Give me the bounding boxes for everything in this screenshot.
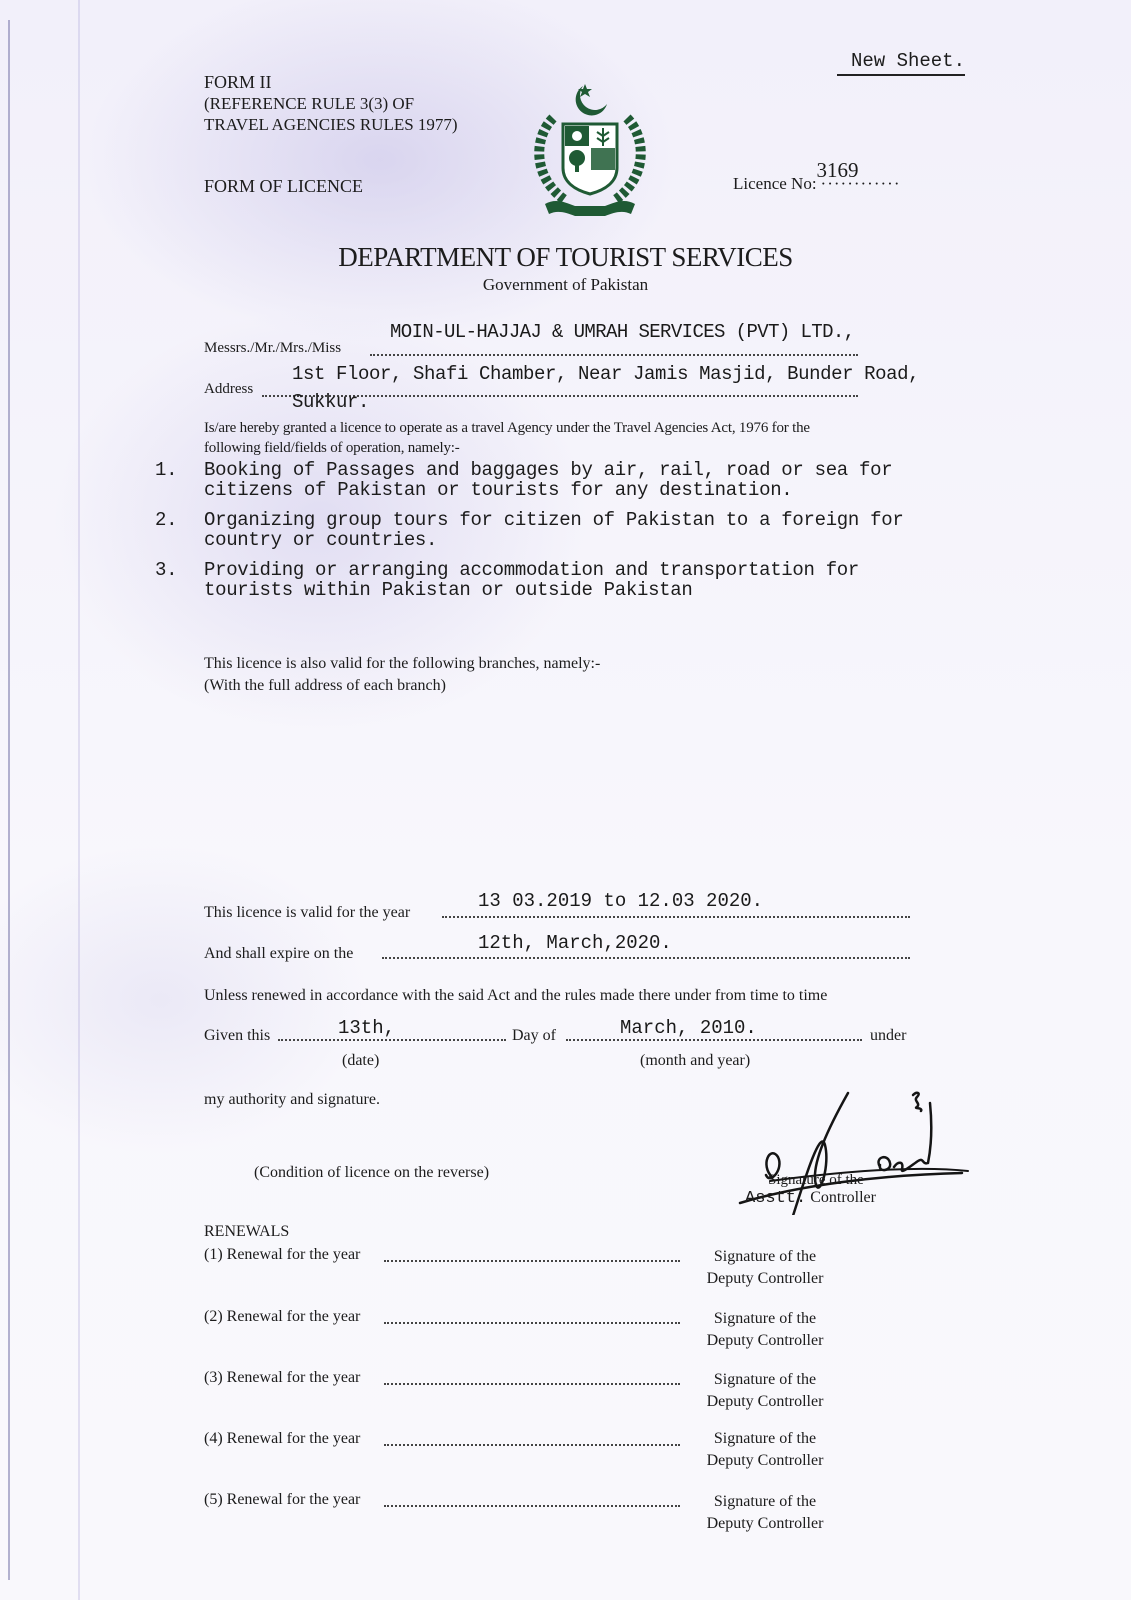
operation-number: 3.	[150, 560, 204, 600]
renewal-row: (5) Renewal for the year	[204, 1491, 360, 1509]
licence-number-label: Licence No:	[733, 174, 817, 193]
department-title: DEPARTMENT OF TOURIST SERVICES	[0, 242, 1131, 273]
branches-statement: This licence is also valid for the follo…	[204, 653, 600, 697]
validity-value: 13 03.2019 to 12.03 2020.	[478, 890, 763, 912]
operation-item: 1. Booking of Passages and baggages by a…	[150, 460, 910, 500]
expiry-label: And shall expire on the	[204, 945, 353, 963]
renewal-sig-line2: Deputy Controller	[697, 1391, 833, 1413]
form-reference-line1: (REFERENCE RULE 3(3) OF	[204, 93, 458, 114]
operation-item: 2. Organizing group tours for citizen of…	[150, 510, 910, 550]
under-label: under	[870, 1027, 906, 1045]
department-subtitle: Government of Pakistan	[0, 275, 1131, 295]
renewal-sig-line2: Deputy Controller	[697, 1268, 833, 1290]
new-sheet-stamp: New Sheet.	[837, 50, 965, 76]
operation-item: 3. Providing or arranging accommodation …	[150, 560, 910, 600]
operation-number: 1.	[150, 460, 204, 500]
day-of-label: Day of	[512, 1027, 556, 1045]
given-date-value: 13th,	[338, 1017, 395, 1039]
renewal-signature-caption: Signature of theDeputy Controller	[697, 1491, 833, 1535]
address-line2: Sukkur.	[292, 391, 369, 413]
renewal-label: (1) Renewal for the year	[204, 1246, 360, 1263]
condition-note: (Condition of licence on the reverse)	[254, 1164, 489, 1182]
licence-number-field: Licence No:3169············	[733, 170, 900, 195]
licensee-name-value: MOIN-UL-HAJJAJ & UMRAH SERVICES (PVT) LT…	[390, 321, 854, 343]
form-reference-block: FORM II (REFERENCE RULE 3(3) OF TRAVEL A…	[204, 72, 458, 135]
operations-list: 1. Booking of Passages and baggages by a…	[150, 460, 910, 610]
expiry-dotted-line	[382, 957, 910, 959]
scan-fold-line	[78, 0, 80, 1600]
given-month-year-value: March, 2010.	[620, 1017, 757, 1039]
licensee-name-dotted-line	[370, 354, 858, 356]
renewal-dotted-line	[384, 1505, 680, 1507]
renewal-row: (3) Renewal for the year	[204, 1369, 360, 1387]
operation-number: 2.	[150, 510, 204, 550]
operation-text: Booking of Passages and baggages by air,…	[204, 460, 910, 500]
renewal-label: (3) Renewal for the year	[204, 1369, 360, 1386]
form-number: FORM II	[204, 72, 458, 93]
licence-number-value: 3169	[817, 158, 859, 182]
authority-text: my authority and signature.	[204, 1091, 380, 1109]
signatory-title: Controller	[810, 1189, 876, 1206]
renewal-row: (1) Renewal for the year	[204, 1246, 360, 1264]
renewals-title: RENEWALS	[204, 1223, 289, 1241]
validity-dotted-line	[442, 916, 910, 918]
given-date-dotted-line	[278, 1039, 506, 1041]
signature-caption-line2: Asstt. Controller	[745, 1189, 876, 1208]
renewal-sig-line2: Deputy Controller	[697, 1330, 833, 1352]
given-label: Given this	[204, 1027, 270, 1045]
state-emblem-icon	[525, 78, 655, 228]
renewal-sig-line1: Signature of the	[697, 1308, 833, 1330]
form-of-licence-label: FORM OF LICENCE	[204, 176, 363, 197]
renewal-dotted-line	[384, 1322, 680, 1324]
renewal-sig-line1: Signature of the	[697, 1369, 833, 1391]
address-line1: 1st Floor, Shafi Chamber, Near Jamis Mas…	[292, 363, 919, 385]
given-month-dotted-line	[566, 1039, 862, 1041]
renewal-row: (4) Renewal for the year	[204, 1430, 360, 1448]
renewal-signature-caption: Signature of theDeputy Controller	[697, 1369, 833, 1413]
renewal-label: (2) Renewal for the year	[204, 1308, 360, 1325]
operation-text: Providing or arranging accommodation and…	[204, 560, 910, 600]
renewal-label: (4) Renewal for the year	[204, 1430, 360, 1447]
renewal-dotted-line	[384, 1383, 680, 1385]
renewal-dotted-line	[384, 1444, 680, 1446]
date-caption: (date)	[342, 1052, 379, 1070]
renewal-signature-caption: Signature of theDeputy Controller	[697, 1308, 833, 1352]
branches-line1: This licence is also valid for the follo…	[204, 653, 600, 675]
renewal-sig-line2: Deputy Controller	[697, 1513, 833, 1535]
renewal-signature-caption: Signature of theDeputy Controller	[697, 1246, 833, 1290]
form-reference-line2: TRAVEL AGENCIES RULES 1977)	[204, 114, 458, 135]
renewal-label: (5) Renewal for the year	[204, 1491, 360, 1508]
licensee-name-label: Messrs./Mr./Mrs./Miss	[204, 340, 341, 357]
expiry-value: 12th, March,2020.	[478, 932, 672, 954]
renewal-sig-line1: Signature of the	[697, 1491, 833, 1513]
renewal-signature-caption: Signature of theDeputy Controller	[697, 1428, 833, 1472]
branches-line2: (With the full address of each branch)	[204, 675, 600, 697]
renewal-sig-line2: Deputy Controller	[697, 1450, 833, 1472]
signature-caption-line1: Signature of the	[768, 1172, 864, 1189]
department-title-text: DEPARTMENT OF TOURIST SERVICES	[338, 242, 793, 272]
grant-statement: Is/are hereby granted a licence to opera…	[204, 418, 864, 458]
renewal-sig-line1: Signature of the	[697, 1428, 833, 1450]
renewal-condition-text: Unless renewed in accordance with the sa…	[204, 987, 827, 1005]
address-label: Address	[204, 381, 253, 398]
validity-label: This licence is valid for the year	[204, 904, 410, 922]
operation-text: Organizing group tours for citizen of Pa…	[204, 510, 910, 550]
month-year-caption: (month and year)	[640, 1052, 750, 1070]
renewal-row: (2) Renewal for the year	[204, 1308, 360, 1326]
renewal-dotted-line	[384, 1260, 680, 1262]
signatory-prefix: Asstt.	[745, 1189, 806, 1208]
renewal-sig-line1: Signature of the	[697, 1246, 833, 1268]
